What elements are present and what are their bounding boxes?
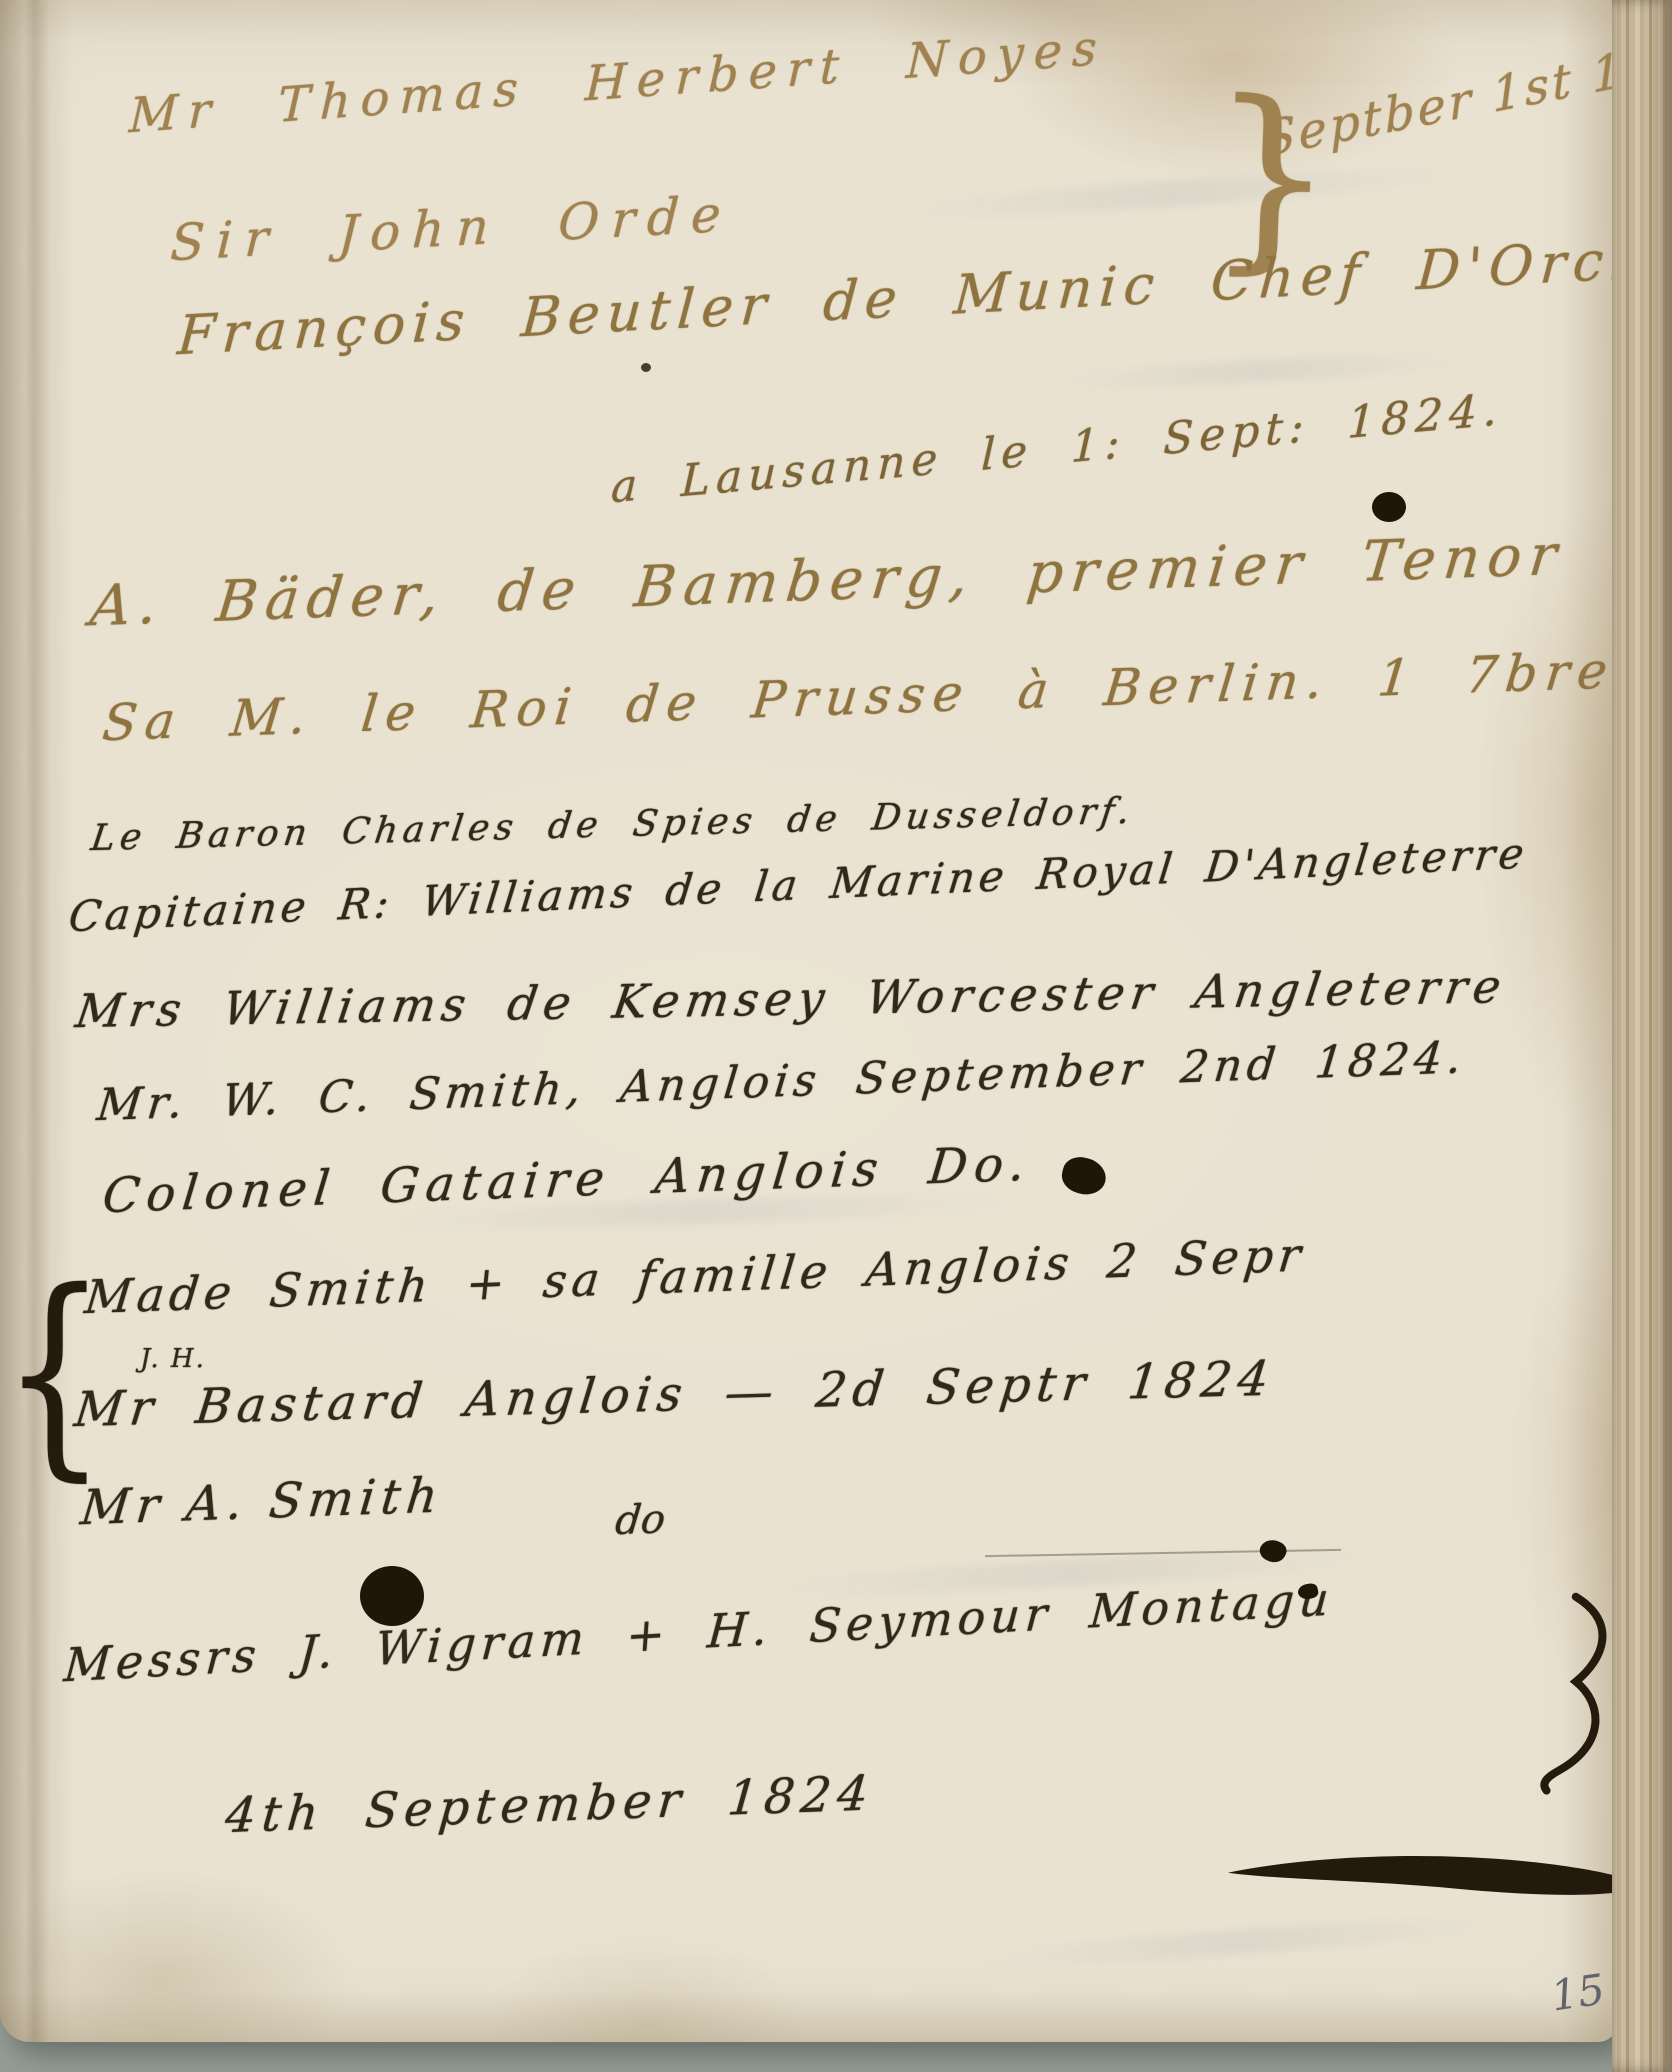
entry-a-smith-line: Mr A. Smith (78, 1467, 446, 1536)
entry-bastard-line: Mr Bastard Anglois — 2d Septr 1824 (72, 1351, 1278, 1439)
entry-made-smith-line: Made Smith + sa famille Anglois 2 Sepr (82, 1227, 1308, 1324)
paper-page: Mr Thomas Herbert Noyes Sir John Orde } … (0, 0, 1618, 2042)
heavy-ink-dash (1221, 1829, 1653, 1914)
ink-blot (1058, 1153, 1109, 1199)
scanned-guestbook-photo: Mr Thomas Herbert Noyes Sir John Orde } … (0, 0, 1672, 2072)
ink-blot (360, 1566, 424, 1626)
page-number: 15 (1548, 1965, 1608, 2021)
entry-noyes-line-2: Sir John Orde (169, 185, 734, 273)
entry-wigram-montagu-date: 4th September 1824 (223, 1765, 876, 1844)
entry-wigram-montagu-line-1: Messrs J. Wigram + H. Seymour Montagu (62, 1571, 1335, 1692)
entry-a-smith-ditto: do (613, 1496, 668, 1544)
entry-bastard-initials-superscript: J. H. (140, 1344, 206, 1374)
show-through-mark (900, 160, 1460, 225)
entry-mrs-williams-line-1: Mrs Williams de Kemsey Worcester Anglete… (72, 959, 1510, 1038)
show-through-mark (980, 1912, 1500, 1972)
entry-bader-line-1: A. Bäder, de Bamberg, premier Tenor de (87, 518, 1672, 640)
ink-blot (641, 363, 651, 372)
show-through-mark (1050, 349, 1471, 393)
entry-bader-line-2: Sa M. le Roi de Prusse à Berlin. 1 7bre … (100, 634, 1672, 752)
entry-wc-smith-line-1: Mr. W. C. Smith, Anglois September 2nd 1… (95, 1032, 1469, 1131)
binding-gutter (24, 0, 50, 2042)
book-fore-edge-pages (1612, 0, 1672, 2072)
ink-blot (1372, 492, 1406, 522)
entry-spies-line-1: Le Baron Charles de Spies de Dusseldorf. (89, 791, 1138, 859)
entry-noyes-line-1: Mr Thomas Herbert Noyes (128, 20, 1108, 145)
entry-beutler-line-2: a Lausanne le 1: Sept: 1824. (610, 384, 1504, 513)
